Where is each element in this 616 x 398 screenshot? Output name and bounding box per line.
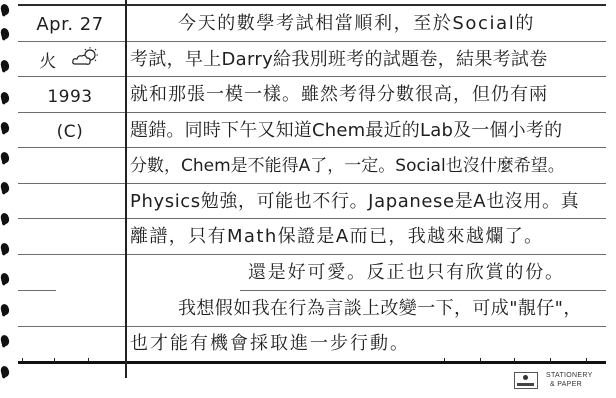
weekday: 火 [39, 52, 57, 72]
rule-line [18, 4, 606, 6]
binder-hole-icon [0, 91, 10, 103]
binder-hole-icon [0, 3, 10, 15]
binder-hole-icon [0, 27, 10, 39]
rule-line [18, 290, 56, 291]
stationery-logo-icon [514, 372, 538, 389]
diary-line: Physics勉強，可能也不行。Japanese是A也沒用。真 [130, 185, 600, 219]
sun-behind-cloud-icon [71, 46, 101, 78]
diary-line: 我想假如我在行為言談上改變一下，可成"靚仔"， [130, 292, 616, 326]
binder-hole-icon [0, 242, 10, 254]
margin-tick [88, 358, 89, 362]
diary-line: 離譜，只有Math保證是A而已，我越來越爛了。 [130, 220, 600, 254]
date-year: 1993 [18, 82, 122, 112]
brand-line-2: & PAPER [546, 380, 593, 389]
binder-hole-icon [0, 303, 10, 315]
binder-hole-icon [0, 151, 10, 163]
rule-line [18, 254, 606, 255]
binder-hole-icon [0, 121, 10, 133]
brand-line-1: STATIONERY [546, 371, 593, 380]
binder-hole-icon [0, 334, 10, 346]
date-code: (C) [18, 117, 122, 147]
rule-line [18, 183, 606, 184]
diary-line: 就和那張一模一樣。雖然考得分數很高，但仍有兩 [130, 78, 600, 112]
margin-tick [22, 358, 23, 362]
rule-line [240, 290, 606, 291]
brand-text: STATIONERY & PAPER [546, 371, 593, 389]
date-month-day: Apr. 27 [18, 10, 122, 40]
binder-hole-icon [0, 365, 10, 377]
diary-page: Apr. 27 火 1993 (C) 今天的數學考試相當順利，至於Social的… [0, 0, 616, 398]
diary-line: 分數，Chem是不能得A了，一定。Social也沒什麼希望。 [130, 149, 600, 183]
date-weekday-weather: 火 [18, 46, 122, 78]
bottom-rule-line [18, 361, 606, 364]
binder-hole-icon [0, 212, 10, 224]
diary-line: 今天的數學考試相當順利，至於Social的 [130, 7, 616, 41]
diary-line: 考試，早上Darry給我別班考的試題卷，結果考試卷 [130, 43, 600, 77]
margin-divider [125, 0, 127, 378]
binder-hole-icon [0, 272, 10, 284]
binder-hole-icon [0, 181, 10, 193]
diary-line: 還是好可愛。反正也只有欣賞的份。 [130, 256, 616, 290]
rule-line [18, 41, 606, 42]
stationery-brand: STATIONERY & PAPER [514, 371, 593, 389]
binder-hole-icon [0, 59, 10, 71]
margin-tick [54, 358, 55, 362]
rule-line [18, 112, 606, 113]
diary-line: 也才能有機會採取進一步行動。 [130, 327, 600, 361]
diary-line: 題錯。同時下午又知道Chem最近的Lab及一個小考的 [130, 114, 600, 148]
